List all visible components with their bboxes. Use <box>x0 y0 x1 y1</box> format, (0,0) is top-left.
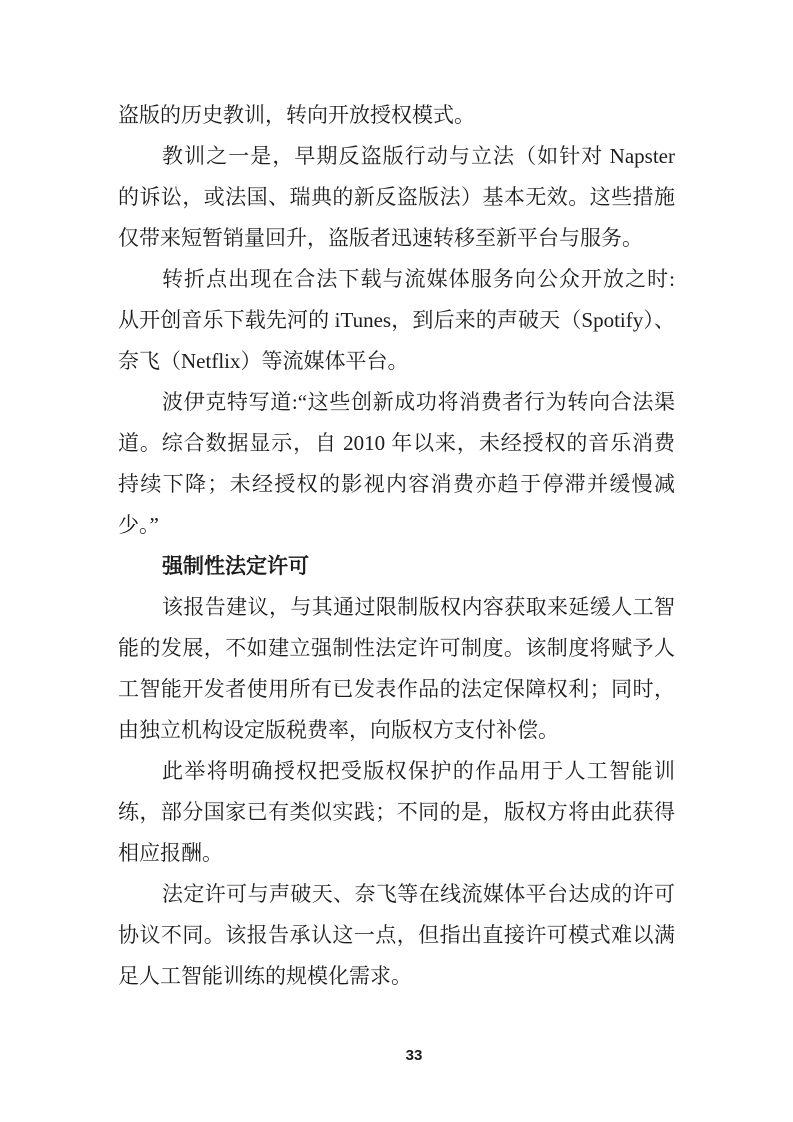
body-text-line: 盗版的历史教训，转向开放授权模式。 <box>118 95 675 136</box>
body-text-line: 该报告建议，与其通过限制版权内容获取来延缓人工智 <box>118 587 675 628</box>
body-text-line: 从开创音乐下载先河的 iTunes，到后来的声破天（Spotify）、 <box>118 300 675 341</box>
body-text-line: 教训之一是，早期反盗版行动与立法（如针对 Napster <box>118 136 675 177</box>
body-text-line: 道。综合数据显示，自 2010 年以来，未经授权的音乐消费 <box>118 423 675 464</box>
document-page: 盗版的历史教训，转向开放授权模式。教训之一是，早期反盗版行动与立法（如针对 Na… <box>0 0 793 1122</box>
body-text-line: 法定许可与声破天、奈飞等在线流媒体平台达成的许可 <box>118 874 675 915</box>
body-text-line: 此举将明确授权把受版权保护的作品用于人工智能训 <box>118 751 675 792</box>
text-block: 盗版的历史教训，转向开放授权模式。教训之一是，早期反盗版行动与立法（如针对 Na… <box>118 95 675 997</box>
body-text-line: 由独立机构设定版税费率，向版权方支付补偿。 <box>118 710 675 751</box>
footer-page-number: 33 <box>406 1047 423 1064</box>
body-text-line: 奈飞（Netflix）等流媒体平台。 <box>118 341 675 382</box>
body-text-line: 能的发展，不如建立强制性法定许可制度。该制度将赋予人 <box>118 628 675 669</box>
body-text-line: 波伊克特写道:“这些创新成功将消费者行为转向合法渠 <box>118 382 675 423</box>
body-text-line: 协议不同。该报告承认这一点，但指出直接许可模式难以满 <box>118 915 675 956</box>
body-text-line: 少。” <box>118 505 675 546</box>
body-text-line: 持续下降；未经授权的影视内容消费亦趋于停滞并缓慢减 <box>118 464 675 505</box>
body-text-line: 仅带来短暂销量回升，盗版者迅速转移至新平台与服务。 <box>118 218 675 259</box>
body-text-line: 的诉讼，或法国、瑞典的新反盗版法）基本无效。这些措施 <box>118 177 675 218</box>
section-heading: 强制性法定许可 <box>118 546 675 587</box>
body-text-line: 转折点出现在合法下载与流媒体服务向公众开放之时: <box>118 259 675 300</box>
body-text-line: 足人工智能训练的规模化需求。 <box>118 956 675 997</box>
body-text-line: 练，部分国家已有类似实践；不同的是，版权方将由此获得 <box>118 792 675 833</box>
body-text-line: 工智能开发者使用所有已发表作品的法定保障权利；同时， <box>118 669 675 710</box>
body-text-line: 相应报酬。 <box>118 833 675 874</box>
